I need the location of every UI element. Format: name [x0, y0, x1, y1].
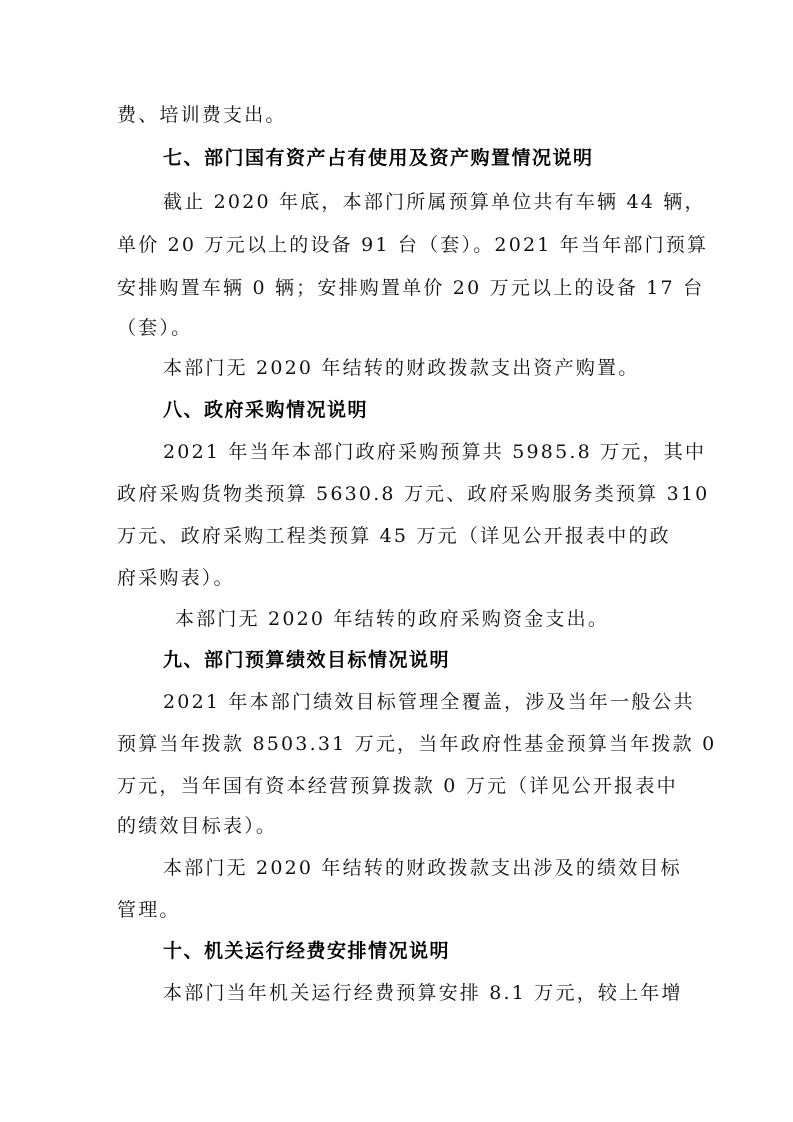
- document-page: 费、培训费支出。 七、部门国有资产占有使用及资产购置情况说明 截止 2020 年…: [0, 0, 793, 1122]
- section-heading-7: 七、部门国有资产占有使用及资产购置情况说明: [163, 146, 677, 170]
- section-heading-9: 九、部门预算绩效目标情况说明: [163, 648, 677, 672]
- paragraph-line: 2021 年本部门绩效目标管理全覆盖，涉及当年一般公共: [163, 690, 677, 714]
- paragraph-line: 2021 年当年本部门政府采购预算共 5985.8 万元，其中: [163, 440, 677, 464]
- paragraph-line: 政府采购货物类预算 5630.8 万元、政府采购服务类预算 310: [117, 482, 677, 506]
- paragraph-line: 费、培训费支出。: [117, 103, 677, 127]
- paragraph-line: 单价 20 万元以上的设备 91 台（套）。2021 年当年部门预算: [117, 233, 677, 257]
- paragraph-line: 本部门无 2020 年结转的财政拨款支出资产购置。: [163, 356, 677, 380]
- paragraph-line: 万元，当年国有资本经营预算拨款 0 万元（详见公开报表中: [117, 774, 677, 798]
- paragraph-line: 截止 2020 年底，本部门所属预算单位共有车辆 44 辆，: [163, 190, 677, 214]
- paragraph-line: 管理。: [117, 898, 677, 922]
- section-heading-10: 十、机关运行经费安排情况说明: [163, 939, 677, 963]
- paragraph-line: 万元、政府采购工程类预算 45 万元（详见公开报表中的政: [117, 524, 677, 548]
- paragraph-line: 安排购置车辆 0 辆；安排购置单价 20 万元以上的设备 17 台: [117, 276, 677, 300]
- section-heading-8: 八、政府采购情况说明: [163, 398, 677, 422]
- paragraph-line: 的绩效目标表）。: [117, 814, 677, 838]
- paragraph-line: 本部门无 2020 年结转的财政拨款支出涉及的绩效目标: [163, 856, 677, 880]
- paragraph-line: 本部门当年机关运行经费预算安排 8.1 万元，较上年增: [163, 981, 677, 1005]
- paragraph-line: 本部门无 2020 年结转的政府采购资金支出。: [175, 607, 689, 631]
- paragraph-line: 府采购表）。: [117, 566, 677, 590]
- paragraph-line: 预算当年拨款 8503.31 万元，当年政府性基金预算当年拨款 0: [117, 732, 677, 756]
- paragraph-line: （套）。: [117, 316, 677, 340]
